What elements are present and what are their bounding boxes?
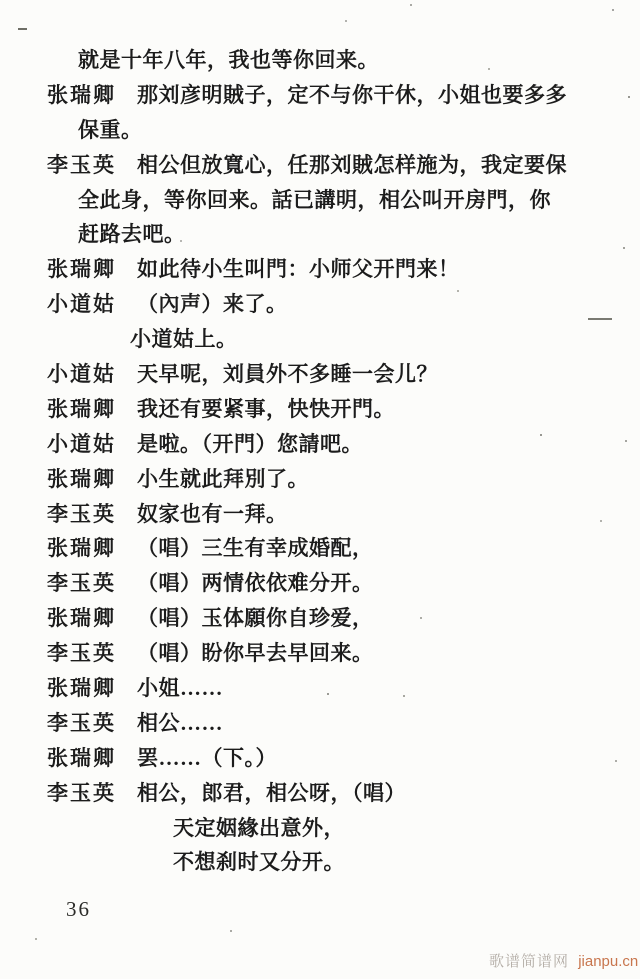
speaker-name: 张瑞卿 [47,601,137,636]
dialogue-text: 全此身，等你回来。話已講明，相公叫开房門，你 [78,188,551,212]
script-line: 张瑞卿小生就此拜別了。 [0,462,640,497]
speaker-name: 小道姑 [47,357,137,392]
speaker-name: 李玉英 [47,776,137,811]
script-line: 小道姑（內声）来了。 [0,287,640,322]
watermark: 歌谱简谱网 jianpu.cn [489,950,638,971]
dialogue-text: 如此待小生叫門：小师父开門来！ [137,257,460,281]
speaker-name: 李玉英 [47,148,137,183]
dialogue-text: 那刘彦明賊子，定不与你干休，小姐也要多多 [137,83,567,107]
dialogue-text: 小生就此拜別了。 [137,467,309,491]
script-line: 李玉英相公，郎君，相公呀，（唱） [0,776,640,811]
dialogue-text: 是啦。（开門）您請吧。 [137,432,363,456]
dialogue-text: 相公但放寬心，任那刘賊怎样施为，我定要保 [137,153,567,177]
speaker-name: 张瑞卿 [47,671,137,706]
speaker-name: 张瑞卿 [47,741,137,776]
stage-direction: 小道姑上。 [130,327,238,351]
dialogue-text: 赶路去吧。 [78,222,186,246]
paper-speckle-noise [0,0,2,2]
dialogue-text: （唱）两情依依难分开。 [137,571,374,595]
speaker-name: 李玉英 [47,706,137,741]
watermark-site-name: 歌谱简谱网 [489,953,569,970]
dialogue-text: （唱）盼你早去早回来。 [137,641,374,665]
speaker-name: 张瑞卿 [47,531,137,566]
script-line: 李玉英奴家也有一拜。 [0,497,640,532]
script-line: 全此身，等你回来。話已講明，相公叫开房門，你 [0,183,640,218]
script-line: 李玉英（唱）两情依依难分开。 [0,566,640,601]
dialogue-text: 罢……（下。） [137,746,277,770]
speaker-name: 张瑞卿 [47,392,137,427]
dialogue-text: （唱）三生有幸成婚配， [137,536,374,560]
script-line: 小道姑上。 [0,322,640,357]
dialogue-text: 我还有要紧事，快快开門。 [137,397,395,421]
speaker-name: 张瑞卿 [47,78,137,113]
script-line: 小道姑天早呢，刘員外不多睡一会儿？ [0,357,640,392]
script-line: 赶路去吧。 [0,217,640,252]
dialogue-text: 保重。 [78,118,143,142]
stray-mark [18,28,27,30]
script-line: 小道姑是啦。（开門）您請吧。 [0,427,640,462]
dialogue-text: 奴家也有一拜。 [137,502,288,526]
script-line: 张瑞卿小姐…… [0,671,640,706]
speaker-name: 张瑞卿 [47,252,137,287]
watermark-site-domain: jianpu.cn [578,953,638,970]
scanned-opera-script-page: 就是十年八年，我也等你回来。张瑞卿那刘彦明賊子，定不与你干休，小姐也要多多保重。… [0,0,640,979]
script-line: 张瑞卿那刘彦明賊子，定不与你干休，小姐也要多多 [0,78,640,113]
script-line: 张瑞卿我还有要紧事，快快开門。 [0,392,640,427]
verse-line: 不想刹时又分开。 [173,850,345,874]
dialogue-text: 相公…… [137,711,223,735]
script-line: 张瑞卿罢……（下。） [0,741,640,776]
speaker-name: 小道姑 [47,287,137,322]
verse-line: 天定姻緣出意外， [173,816,345,840]
speaker-name: 李玉英 [47,497,137,532]
speaker-name: 小道姑 [47,427,137,462]
speaker-name: 张瑞卿 [47,462,137,497]
dialogue-text: 就是十年八年，我也等你回来。 [78,48,379,72]
script-line: 天定姻緣出意外， [0,811,640,846]
dialogue-text: （內声）来了。 [137,292,288,316]
script-line: 不想刹时又分开。 [0,845,640,880]
script-line: 张瑞卿（唱）玉体願你自珍爱， [0,601,640,636]
speaker-name: 李玉英 [47,566,137,601]
script-line: 张瑞卿如此待小生叫門：小师父开門来！ [0,252,640,287]
script-line: 李玉英相公…… [0,706,640,741]
dialogue-text: （唱）玉体願你自珍爱， [137,606,374,630]
script-line: 就是十年八年，我也等你回来。 [0,43,640,78]
script-line: 张瑞卿（唱）三生有幸成婚配， [0,531,640,566]
page-number: 36 [66,897,91,922]
script-line: 李玉英相公但放寬心，任那刘賊怎样施为，我定要保 [0,148,640,183]
dialogue-text: 天早呢，刘員外不多睡一会儿？ [137,362,438,386]
dialogue-text: 小姐…… [137,676,223,700]
script-text-block: 就是十年八年，我也等你回来。张瑞卿那刘彦明賊子，定不与你干休，小姐也要多多保重。… [0,43,640,880]
dialogue-text: 相公，郎君，相公呀，（唱） [137,781,406,805]
speaker-name: 李玉英 [47,636,137,671]
script-line: 保重。 [0,113,640,148]
script-line: 李玉英（唱）盼你早去早回来。 [0,636,640,671]
